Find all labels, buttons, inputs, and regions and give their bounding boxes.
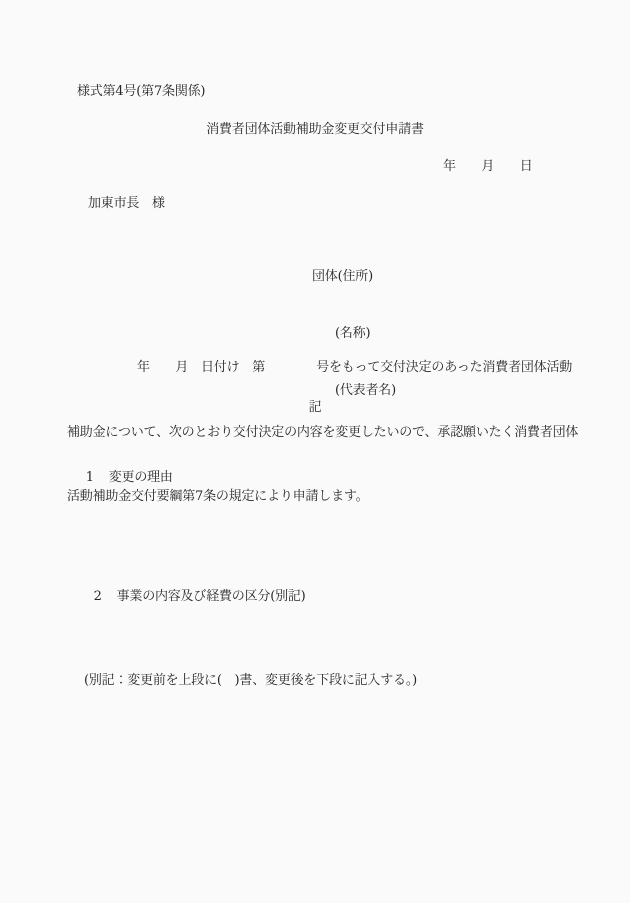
applicant-address-label: 団体(住所) [312,267,396,286]
date-line: 年 月 日 [443,155,533,174]
item-2-note: (別記：変更前を上段に( )書、変更後を下段に記入する。) [70,670,417,691]
item-2-heading: 2事業の内容及び経費の区分(別記) [70,565,417,628]
record-mark: 記 [0,396,630,415]
item-1-number: 1 [86,470,109,485]
item-2-label: 事業の内容及び経費の区分(別記) [117,589,306,604]
item-1-label: 変更の理由 [109,470,173,485]
body-line-1: 年 月 日付け 第 号をもって交付決定のあった消費者団体活動 [67,357,587,379]
list-item-2: 2事業の内容及び経費の区分(別記) (別記：変更前を上段に( )書、変更後を下段… [70,523,417,733]
item-2-number: 2 [94,586,117,607]
addressee-line: 加東市長 様 [88,192,165,211]
document-page: 様式第4号(第7条関係) 消費者団体活動補助金変更交付申請書 年 月 日 加東市… [0,0,630,903]
body-line-2: 補助金について、次のとおり交付決定の内容を変更したいので、承認願いたく消費者団体 [67,422,587,444]
document-title: 消費者団体活動補助金変更交付申請書 [0,118,630,137]
body-paragraph: 年 月 日付け 第 号をもって交付決定のあった消費者団体活動 補助金について、次… [67,314,587,551]
list-item-1: 1変更の理由 [70,451,173,500]
form-number: 様式第4号(第7条関係) [77,80,205,99]
